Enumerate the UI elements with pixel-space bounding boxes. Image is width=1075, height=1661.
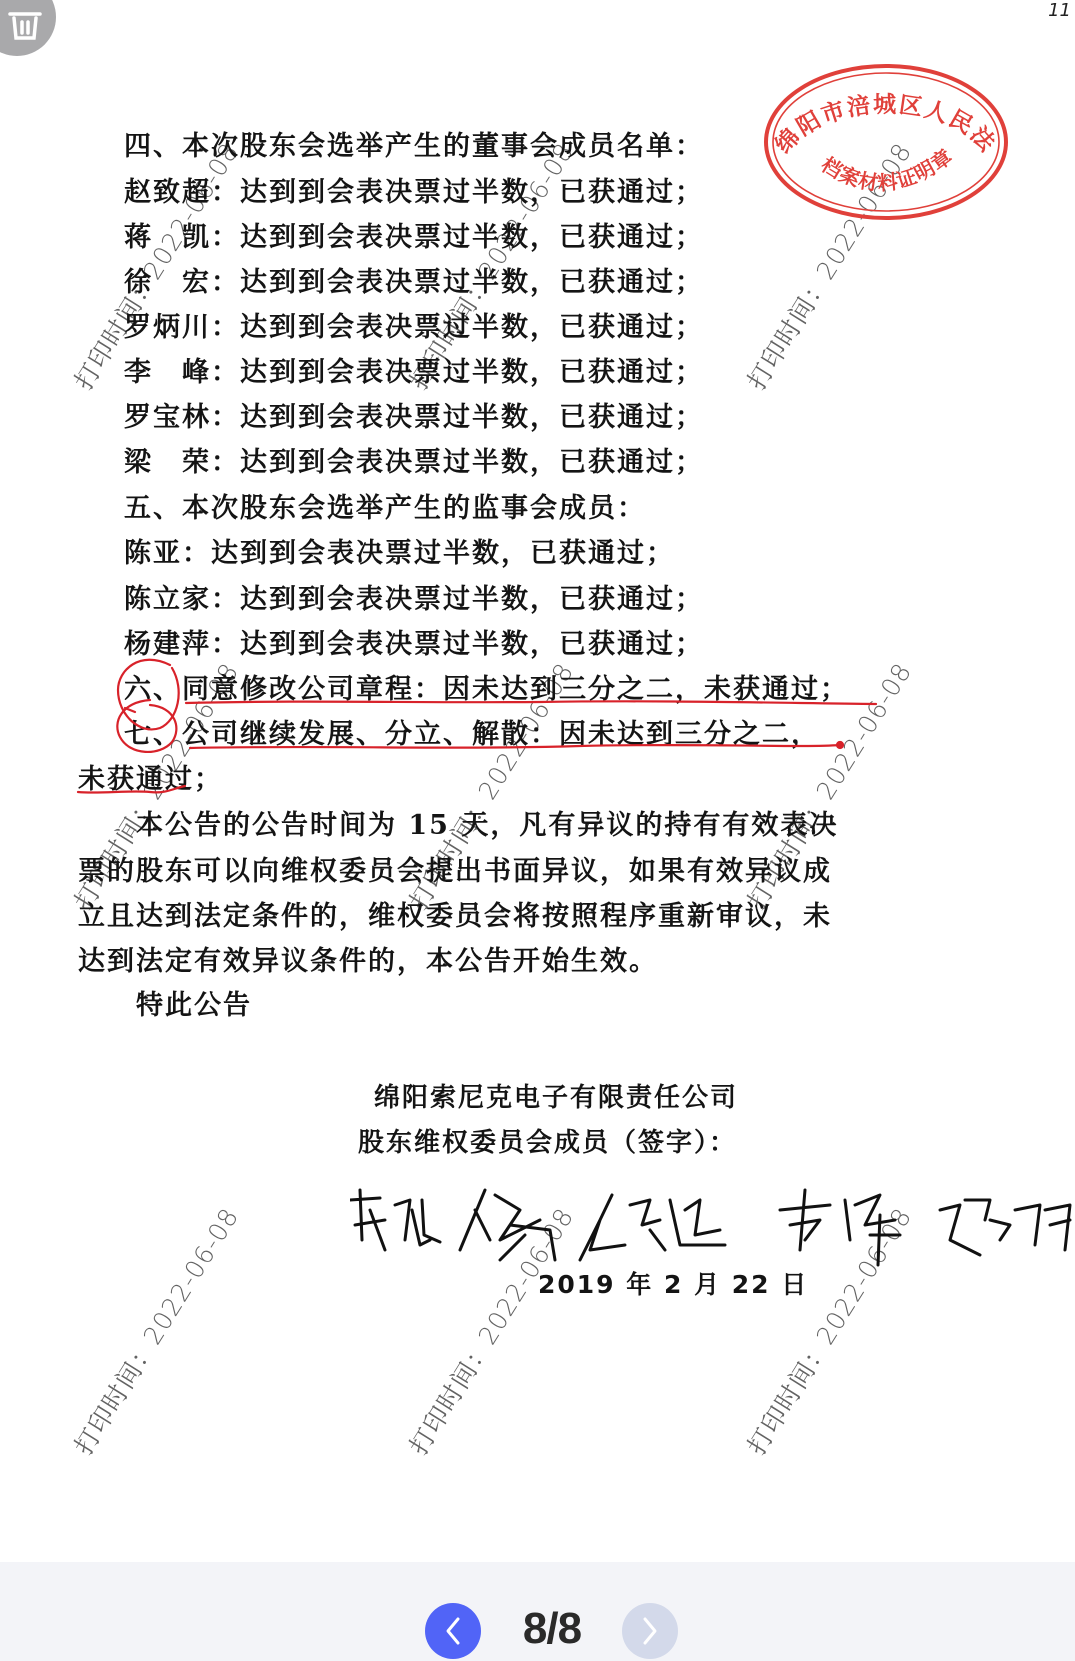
handwritten-signatures	[350, 1180, 1075, 1270]
supervisor-row: 陈立家：达到到会表决票过半数，已获通过；	[124, 577, 704, 616]
previous-page-button[interactable]	[425, 1603, 481, 1659]
next-page-button[interactable]	[622, 1603, 678, 1659]
director-row: 赵致超：达到到会表决票过半数，已获通过；	[124, 170, 704, 209]
svg-text:绵阳市涪城区人民法院: 绵阳市涪城区人民法院	[762, 62, 1001, 159]
member-result: 达到到会表决票过半数，已获通过；	[240, 357, 704, 388]
section-5-heading: 五、本次股东会选举产生的监事会成员：	[124, 486, 646, 525]
section-7-line-2: 未获通过；	[78, 757, 223, 796]
member-name: 陈立家：	[124, 577, 240, 616]
notice-line: 本公告的公告时间为 15 天，凡有异议的持有有效表决	[136, 803, 838, 842]
member-name: 赵致超：	[124, 170, 240, 209]
page-corner-mark: 11	[1048, 0, 1071, 21]
member-result: 达到到会表决票过半数，已获通过；	[240, 177, 704, 208]
director-row: 徐 宏：达到到会表决票过半数，已获通过；	[124, 260, 704, 299]
member-name: 梁 荣：	[124, 440, 240, 479]
member-name: 陈亚：	[124, 531, 211, 570]
member-result: 达到到会表决票过半数，已获通过；	[211, 538, 675, 569]
member-result: 达到到会表决票过半数，已获通过；	[240, 402, 704, 433]
section-6: 六、同意修改公司章程：因未达到三分之二，未获通过；	[124, 667, 849, 706]
member-name: 李 峰：	[124, 350, 240, 389]
director-row: 罗宝林：达到到会表决票过半数，已获通过；	[124, 395, 704, 434]
member-result: 达到到会表决票过半数，已获通过；	[240, 629, 704, 660]
director-row: 李 峰：达到到会表决票过半数，已获通过；	[124, 350, 704, 389]
member-result: 达到到会表决票过半数，已获通过；	[240, 267, 704, 298]
trash-icon	[8, 8, 42, 42]
company-name: 绵阳索尼克电子有限责任公司	[374, 1077, 738, 1114]
member-result: 达到到会表决票过半数，已获通过；	[240, 447, 704, 478]
member-name: 罗宝林：	[124, 395, 240, 434]
signers-label: 股东维权委员会成员（签字）：	[358, 1122, 737, 1159]
svg-text:档案材料证明章: 档案材料证明章	[817, 144, 957, 195]
member-name: 杨建萍：	[124, 622, 240, 661]
notice-line: 达到法定有效异议条件的，本公告开始生效。	[78, 939, 658, 978]
chevron-left-icon	[443, 1616, 463, 1646]
director-row: 蒋 凯：达到到会表决票过半数，已获通过；	[124, 215, 704, 254]
seal-bottom-text: 档案材料证明章	[817, 144, 957, 195]
section-4-heading: 四、本次股东会选举产生的董事会成员名单：	[124, 124, 704, 163]
director-row: 梁 荣：达到到会表决票过半数，已获通过；	[124, 440, 704, 479]
member-result: 达到到会表决票过半数，已获通过；	[240, 312, 704, 343]
member-name: 罗炳川：	[124, 305, 240, 344]
chevron-right-icon	[640, 1616, 660, 1646]
member-name: 蒋 凯：	[124, 215, 240, 254]
member-result: 达到到会表决票过半数，已获通过；	[240, 222, 704, 253]
seal-top-text: 绵阳市涪城区人民法院	[762, 62, 1001, 159]
member-result: 达到到会表决票过半数，已获通过；	[240, 584, 704, 615]
closing-text: 特此公告	[136, 983, 252, 1022]
notice-line: 立且达到法定条件的，维权委员会将按照程序重新审议，未	[78, 894, 832, 933]
document-date: 2019 年 2 月 22 日	[538, 1265, 808, 1301]
section-7-line-1: 七、公司继续发展、分立、解散：因未达到三分之二，	[124, 712, 820, 751]
watermark: 打印时间：2022-06-08	[64, 1200, 246, 1461]
supervisor-row: 陈亚：达到到会表决票过半数，已获通过；	[124, 531, 675, 570]
document-page: 打印时间：2022-06-08 打印时间：2022-06-08 打印时间：202…	[0, 0, 1075, 1562]
page-counter: 8/8	[500, 1604, 604, 1654]
supervisor-row: 杨建萍：达到到会表决票过半数，已获通过；	[124, 622, 704, 661]
delete-button[interactable]	[0, 0, 56, 56]
director-row: 罗炳川：达到到会表决票过半数，已获通过；	[124, 305, 704, 344]
member-name: 徐 宏：	[124, 260, 240, 299]
court-seal-stamp: 绵阳市涪城区人民法院 档案材料证明章	[762, 62, 1010, 222]
notice-line: 票的股东可以向维权委员会提出书面异议，如果有效异议成	[78, 849, 832, 888]
